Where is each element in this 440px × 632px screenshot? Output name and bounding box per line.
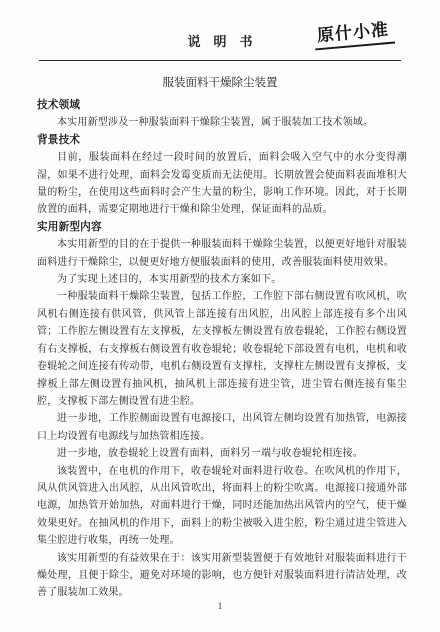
document-body: 技术领域 本实用新型涉及一种服装面料干燥除尘装置，属于服装加工技术领域。 背景技… — [37, 97, 407, 602]
page-number: 1 — [0, 602, 440, 612]
document-page: 说 明 书 原什小准 服装面料干燥除尘装置 技术领域 本实用新型涉及一种服装面料… — [0, 0, 440, 632]
section-heading: 实用新型内容 — [37, 219, 407, 236]
document-title: 服装面料干燥除尘装置 — [0, 74, 440, 90]
paragraph: 本实用新型涉及一种服装面料干燥除尘装置，属于服装加工技术领域。 — [37, 114, 407, 131]
header-divider — [39, 60, 401, 61]
paragraph: 为了实现上述目的，本实用新型的技术方案如下。 — [37, 271, 407, 288]
section-technical-field: 技术领域 本实用新型涉及一种服装面料干燥除尘装置，属于服装加工技术领域。 — [37, 97, 407, 132]
section-utility-model-content: 实用新型内容 本实用新型的目的在于提供一种服装面料干燥除尘装置，以便更好地针对服… — [37, 219, 407, 602]
paragraph: 本实用新型的目的在于提供一种服装面料干燥除尘装置，以便更好地针对服装面料进行干燥… — [37, 236, 407, 271]
section-heading: 技术领域 — [37, 97, 407, 114]
paragraph: 进一步地，放卷辊轮上设置有面料，面料另一端与收卷辊轮相连接。 — [37, 445, 407, 462]
paragraph: 该实用新型的有益效果在于：该实用新型装置便于有效地针对服装面料进行干燥处理，且便… — [37, 550, 407, 602]
paragraph: 该装置中，在电机的作用下，收卷辊轮对面料进行收卷。在吹风机的作用下，风从供风管进… — [37, 463, 407, 550]
header-title: 说 明 书 — [187, 34, 252, 49]
paragraph: 进一步地，工作腔侧面设置有电源接口，出风管左侧均设置有加热管，电源接口上均设置有… — [37, 410, 407, 445]
section-background-art: 背景技术 目前，服装面料在经过一段时间的放置后，面料会吸入空气中的水分变得潮湿，… — [37, 132, 407, 219]
paragraph: 目前，服装面料在经过一段时间的放置后，面料会吸入空气中的水分变得潮湿，如果不进行… — [37, 149, 407, 219]
paragraph: 一种服装面料干燥除尘装置，包括工作腔，工作腔下部右侧设置有吹风机，吹风机右侧连接… — [37, 288, 407, 410]
handwritten-stamp: 原什小准 — [313, 15, 395, 51]
section-heading: 背景技术 — [37, 132, 407, 149]
page-header: 说 明 书 原什小准 — [0, 0, 440, 61]
